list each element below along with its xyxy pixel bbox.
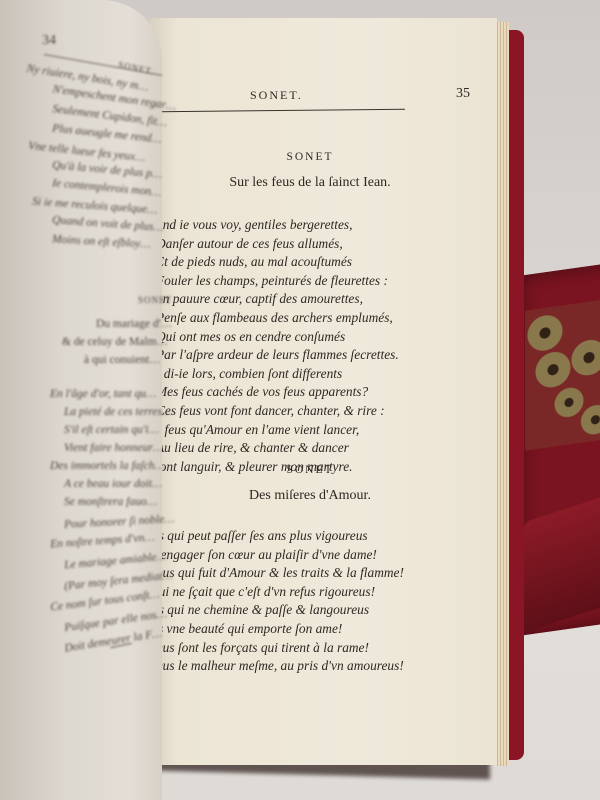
- page-number: 35: [456, 86, 470, 102]
- left-page: 34 SONET. Ny riuiere, ny bois, ny m… N'e…: [0, 0, 162, 800]
- poem-line: us qui ne chemine & paſſe & langoureus: [152, 601, 404, 620]
- page-number: 34: [42, 33, 56, 49]
- poem-line: s feus qu'Amour en l'ame vient lancer,: [156, 421, 399, 440]
- sonnet-title: & de celuy de Malm…: [62, 336, 168, 348]
- poem-line: qui ne ſçait que c'eſt d'vn refus rigour…: [152, 583, 404, 602]
- poem-line: reus le malheur meſme, au pris d'vn amou…: [152, 657, 404, 676]
- poem-line: Qui ont mes os en cendre conſumés: [156, 328, 399, 347]
- sonnet-body: and ie vous voy, gentiles bergerettes, D…: [156, 216, 399, 476]
- marbled-cover-pattern: [525, 299, 600, 450]
- header-rule: [160, 109, 405, 113]
- poem-line: and ie vous voy, gentiles bergerettes,: [156, 216, 399, 235]
- poem-line: Mes feus cachés de vos feus apparents?: [156, 383, 399, 402]
- sonnet-title: à qui conuient…: [84, 354, 161, 366]
- sonnet-heading: SONET: [210, 464, 410, 476]
- poem-line: En l'âge d'or, tant qu…: [50, 388, 156, 400]
- poem-line: Se monſtrera fauo…: [64, 496, 157, 508]
- poem-line: es vne beauté qui emporte ſon ame!: [152, 620, 404, 639]
- running-head: SONET.: [117, 59, 155, 76]
- poem-line: Penſe aux flambeaus des archers emplumés…: [156, 309, 399, 328]
- poem-line: A ce beau iour doit…: [64, 478, 162, 490]
- poem-line: Ces feus vont font dancer, chanter, & ri…: [156, 402, 399, 421]
- poem-line: Danſer autour de ces feus allumés,: [156, 235, 399, 254]
- poem-line: reus ſont les forçats qui tirent à la ra…: [152, 639, 404, 658]
- poem-line: Qu'à la voir de plus p…: [52, 159, 163, 181]
- poem-line: us qui peut paſſer ſes ans plus vigoureu…: [152, 527, 404, 546]
- poem-line: on pauure cœur, captif des amourettes,: [156, 290, 399, 309]
- poem-line: En noſtre temps d'vn…: [50, 531, 155, 550]
- poem-line: La pieté de ces terres…: [64, 406, 172, 418]
- page-block-edge: [495, 22, 509, 766]
- poem-line: S'il eſt certain qu'i…: [64, 424, 159, 436]
- poem-line: Le mariage amiable…: [64, 551, 168, 572]
- sonnet-body: us qui peut paſſer ſes ans plus vigoureu…: [152, 527, 404, 676]
- poem-line: Vne telle lueur fes yeux…: [28, 140, 146, 164]
- poem-line: Par l'aſpre ardeur de leurs flammes ſecr…: [156, 346, 399, 365]
- poem-line: Pour honorer ſi noble…: [64, 513, 175, 531]
- poem-line: Ie contemplerois mon…: [52, 177, 162, 198]
- poem-line: ! di-ie lors, combien ſont differents: [156, 365, 399, 384]
- poem-line: Fouler les champs, peinturés de fleurett…: [156, 272, 399, 291]
- poem-line: reus qui fuit d'Amour & les traits & la …: [152, 564, 404, 583]
- sonnet-heading: SONET: [138, 295, 172, 305]
- poem-line: Et de pieds nuds, au mal acouſtumés: [156, 253, 399, 272]
- poem-line: Moins on eſt eſbloy…: [52, 233, 151, 250]
- right-page: SONET. 35 SONET Sur les feus de la ſainc…: [150, 18, 497, 765]
- poem-line: Au lieu de rire, & chanter & dancer: [156, 439, 399, 458]
- sonnet-title: Du mariage d'…: [96, 318, 172, 330]
- poem-line: Quand on voit de plus…: [52, 214, 164, 234]
- page-header: SONET. 35: [190, 88, 470, 108]
- sonnet-title: Des miſeres d'Amour.: [210, 488, 410, 504]
- photo-scene: SONET. 35 SONET Sur les feus de la ſainc…: [0, 0, 600, 800]
- poem-line: Si ie me reculois quelque…: [32, 196, 158, 217]
- sonnet-title: Sur les feus de la ſainct Iean.: [210, 175, 410, 191]
- sonnet-heading: SONET: [210, 151, 410, 163]
- poem-line: s engager ſon cœur au plaiſir d'vne dame…: [152, 546, 404, 565]
- poem-line: Des immortels la faſch…: [50, 460, 165, 472]
- poem-line: Vient faire honneur…: [64, 442, 163, 454]
- running-head: SONET.: [250, 88, 303, 103]
